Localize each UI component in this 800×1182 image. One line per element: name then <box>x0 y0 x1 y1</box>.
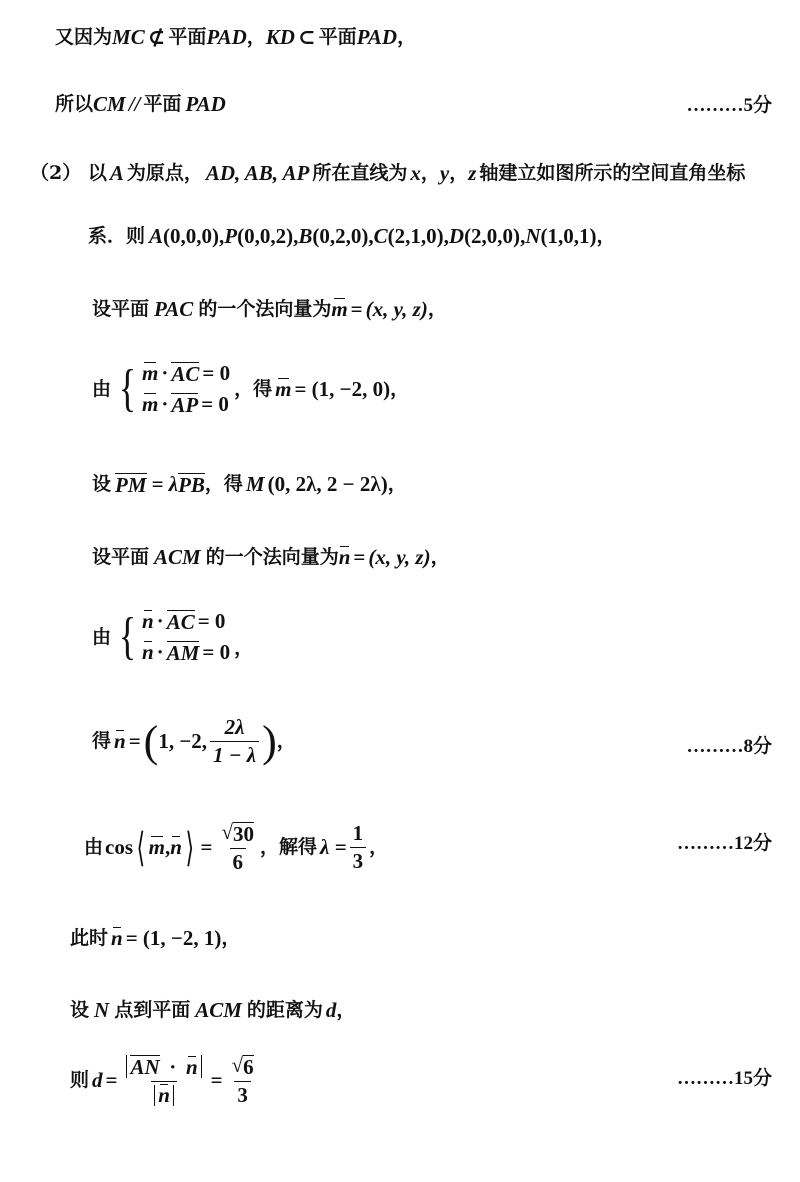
math-x: x <box>410 163 421 184</box>
math-a: A <box>110 163 124 184</box>
text: ， <box>428 300 447 319</box>
text: ， <box>247 28 266 47</box>
text: 由 <box>84 838 103 857</box>
vector-components: (x, y, z) <box>368 547 430 568</box>
fraction-distance: AN · n n <box>123 1055 204 1106</box>
text: 点到平面 <box>114 1001 190 1020</box>
math-mc: MC <box>112 27 145 48</box>
vector-ac: AC <box>171 362 199 385</box>
line-parallel-conclusion: 所以 CM // 平面 PAD <box>55 94 226 115</box>
text: 平面 <box>319 28 357 47</box>
point-d-label: D <box>449 226 464 247</box>
dot-operator: · <box>169 1055 176 1079</box>
equals-lambda: = λ <box>152 474 179 495</box>
equals-zero: = 0 <box>202 642 230 663</box>
vector-n-result: = (1, −2, 1) <box>126 928 222 949</box>
vector-n: n <box>186 1057 198 1078</box>
fraction-sqrt30-over-6: √30 6 <box>218 822 257 873</box>
point-p-label: P <box>224 226 237 247</box>
vector-m: m <box>142 394 158 415</box>
math-d: d <box>326 1000 337 1021</box>
fraction-one-third: 1 3 <box>350 823 367 872</box>
line-normal-n-def: 设平面 ACM 的一个法向量为 n = (x, y, z) ， <box>92 547 450 568</box>
part-number: （2） 以 <box>30 164 107 183</box>
text: 所在直线为 <box>312 164 407 183</box>
line-distance-result: 则 d = AN · n n = √6 3 <box>70 1055 260 1106</box>
vector-n: n <box>142 611 154 632</box>
score-15: ………15分 <box>677 1069 772 1088</box>
point-m-label: M <box>246 474 265 495</box>
vector-pb: PB <box>178 473 205 496</box>
left-paren: ( <box>144 720 159 764</box>
numerator-abs-dot: AN · n <box>123 1055 204 1081</box>
text: 设 <box>92 475 111 494</box>
text: 由 <box>92 380 111 399</box>
math-kd: KD <box>266 27 295 48</box>
lambda-equals: λ = <box>320 837 347 858</box>
dot-operator: · <box>157 642 164 663</box>
sqrt-30: √30 <box>218 822 257 848</box>
equals: = <box>129 731 141 752</box>
text: ， <box>369 838 388 857</box>
math-cm: CM <box>93 94 126 115</box>
text: 由 <box>92 628 111 647</box>
vector-m: m <box>142 363 158 384</box>
cos-function: cos <box>105 837 133 858</box>
math-pad: PAD <box>185 94 225 115</box>
equation-m-ap: m · AP = 0 <box>142 393 230 416</box>
point-a-coord: (0,0,0) <box>163 226 219 247</box>
vector-an: AN <box>130 1055 159 1078</box>
text: ，得 <box>205 475 243 494</box>
text: ， <box>421 164 440 183</box>
right-paren: ) <box>262 720 277 764</box>
dot-operator: · <box>161 394 168 415</box>
equals-zero: = 0 <box>202 363 230 384</box>
vector-m: m <box>331 299 347 320</box>
line-n-final: 此时 n = (1, −2, 1) ， <box>70 928 240 949</box>
line-coordinates: 系．则 A(0,0,0), P(0,0,2), B(0,2,0), C(2,1,… <box>88 226 616 247</box>
point-n-label: N <box>525 226 540 247</box>
line-cos-angle: 由 cos ⟨ m , n ⟩ = √30 6 ，解得 λ = 1 3 ， <box>84 822 388 873</box>
left-brace-icon: { <box>119 611 136 663</box>
math-pad: PAD <box>206 27 246 48</box>
math-axes: AD, AB, AP <box>206 163 309 184</box>
vector-n: n <box>339 547 351 568</box>
dot-operator: · <box>157 611 164 632</box>
text: ， <box>431 548 450 567</box>
denominator-abs-n: n <box>151 1081 177 1106</box>
vector-pm: PM <box>115 473 147 496</box>
vector-ac: AC <box>167 610 195 633</box>
text: 所以 <box>55 95 93 114</box>
equals: = <box>351 299 363 320</box>
score-12: ………12分 <box>677 834 772 853</box>
point-d-coord: (2,0,0) <box>464 226 520 247</box>
text: 为原点， <box>127 164 203 183</box>
equals: = <box>106 1070 118 1091</box>
text: 的一个法向量为 <box>198 300 331 319</box>
text: ， <box>277 732 296 751</box>
line-pm-lambda: 设 PM = λ PB ，得 M (0, 2λ, 2 − 2λ) ， <box>92 473 407 496</box>
equals: = <box>353 547 365 568</box>
text: 平面 <box>168 28 206 47</box>
denominator: 1 − λ <box>210 741 259 766</box>
text: ， <box>449 164 468 183</box>
numerator: 2λ <box>222 717 248 741</box>
point-b-label: B <box>298 226 312 247</box>
text: 得 <box>92 732 111 751</box>
score-8: ………8分 <box>686 737 772 756</box>
text: ， <box>336 1001 355 1020</box>
vector-n: n <box>142 642 154 663</box>
math-pac: PAC <box>154 299 193 320</box>
point-c-label: C <box>374 226 388 247</box>
absolute-value: AN · n <box>126 1055 201 1078</box>
vector-n: n <box>111 928 123 949</box>
text: 设平面 <box>92 300 149 319</box>
math-pad: PAD <box>357 27 397 48</box>
line-system-n: 由 { n · AC = 0 n · AM = 0 ， <box>92 610 253 664</box>
text: 系．则 <box>88 227 145 246</box>
equals-zero: = 0 <box>198 611 226 632</box>
vector-n-components: 1, −2, <box>158 731 207 752</box>
text: 设平面 <box>92 548 149 567</box>
not-subset-symbol: ⊄ <box>148 27 166 48</box>
radicand: 30 <box>233 822 254 845</box>
denominator: 3 <box>234 1081 251 1106</box>
point-n-label: N <box>94 1000 109 1021</box>
equals: = <box>201 837 213 858</box>
subset-symbol: ⊂ <box>298 27 316 48</box>
vector-m: m <box>275 379 291 400</box>
text: ，解得 <box>260 838 317 857</box>
vector-components: (x, y, z) <box>366 299 428 320</box>
math-y: y <box>440 163 449 184</box>
right-angle-bracket: ⟩ <box>185 828 194 868</box>
line-normal-m-def: 设平面 PAC 的一个法向量为 m = (x, y, z) ， <box>92 299 447 320</box>
text: 的距离为 <box>247 1001 323 1020</box>
line-part-2-setup: （2） 以 A 为原点， AD, AB, AP 所在直线为 x ， y ， z … <box>30 163 745 184</box>
text: 平面 <box>143 95 181 114</box>
vector-m: m <box>149 837 165 858</box>
equation-system: { m · AC = 0 m · AP = 0 <box>115 362 230 416</box>
text: 设 <box>70 1001 89 1020</box>
text: 又因为 <box>55 28 112 47</box>
point-p-coord: (0,0,2) <box>237 226 293 247</box>
math-d: d <box>92 1070 103 1091</box>
fraction-lambda: 2λ 1 − λ <box>210 717 259 766</box>
radicand: 6 <box>243 1055 254 1078</box>
numerator: 1 <box>350 823 367 847</box>
text: 轴建立如图所示的空间直角坐标 <box>479 164 745 183</box>
equals-zero: = 0 <box>201 394 229 415</box>
point-c-coord: (2,1,0) <box>388 226 444 247</box>
vector-ap: AP <box>171 393 198 416</box>
equation-n-am: n · AM = 0 <box>142 641 230 664</box>
text: ， <box>596 227 615 246</box>
math-acm: ACM <box>195 1000 242 1021</box>
line-n-result: 得 n = ( 1, −2, 2λ 1 − λ ) ， <box>92 717 296 766</box>
point-m-coord: (0, 2λ, 2 − 2λ) <box>268 474 388 495</box>
point-b-coord: (0,2,0) <box>312 226 368 247</box>
text: 的一个法向量为 <box>206 548 339 567</box>
line-distance-def: 设 N 点到平面 ACM 的距离为 d ， <box>70 1000 355 1021</box>
vector-n: n <box>114 731 126 752</box>
equation-n-ac: n · AC = 0 <box>142 610 230 633</box>
text: 则 <box>70 1071 89 1090</box>
parallel-symbol: // <box>129 94 141 115</box>
text: ， <box>388 475 407 494</box>
left-brace-icon: { <box>119 363 136 415</box>
dot-operator: · <box>161 363 168 384</box>
sqrt-6: √6 <box>229 1055 257 1081</box>
text: ， <box>390 380 409 399</box>
text: 此时 <box>70 929 108 948</box>
text: ， <box>234 639 253 658</box>
math-z: z <box>468 163 476 184</box>
denominator: 6 <box>230 848 247 873</box>
vector-am: AM <box>167 641 200 664</box>
line-not-subset: 又因为 MC ⊄ 平面 PAD ， KD ⊂ 平面 PAD ， <box>55 27 416 48</box>
math-acm: ACM <box>154 547 201 568</box>
denominator: 3 <box>350 847 367 872</box>
fraction-sqrt6-over-3: √6 3 <box>229 1055 257 1106</box>
equation-system: { n · AC = 0 n · AM = 0 <box>115 610 230 664</box>
point-a-label: A <box>149 226 163 247</box>
line-system-m: 由 { m · AC = 0 m · AP = 0 ，得 m = (1, −2,… <box>92 362 409 416</box>
equation-m-ac: m · AC = 0 <box>142 362 230 385</box>
text: ，得 <box>234 380 272 399</box>
vector-n: n <box>158 1085 170 1106</box>
absolute-value: n <box>154 1085 174 1106</box>
score-5: ………5分 <box>686 96 772 115</box>
vector-m-result: = (1, −2, 0) <box>294 379 390 400</box>
left-angle-bracket: ⟨ <box>137 828 146 868</box>
text: ， <box>221 929 240 948</box>
text: ， <box>397 28 416 47</box>
equals: = <box>211 1070 223 1091</box>
vector-n: n <box>170 837 182 858</box>
point-n-coord: (1,0,1) <box>540 226 596 247</box>
